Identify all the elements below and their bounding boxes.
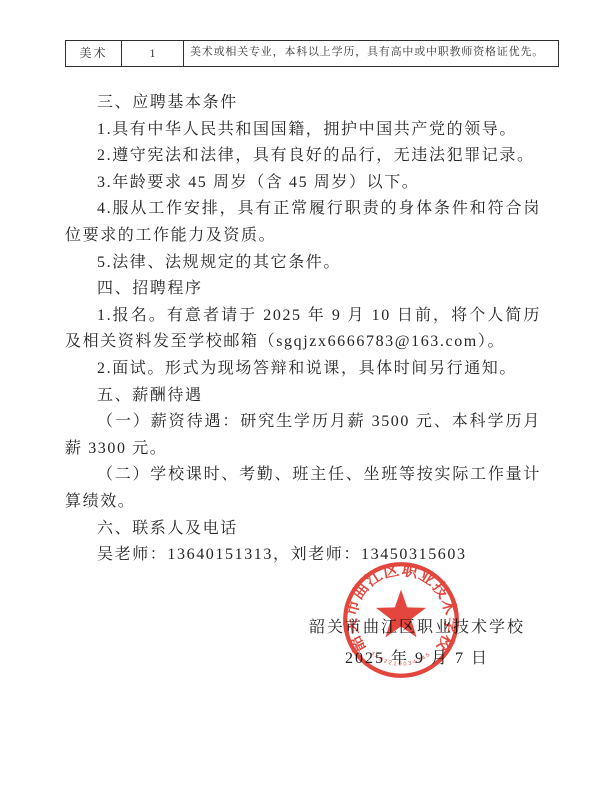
paragraph: （一）薪资待遇：研究生学历月薪 3500 元、本科学历月薪 3300 元。 [65,409,541,462]
subject-cell: 美术 [66,41,122,67]
paragraph: 1.报名。有意者请于 2025 年 9 月 10 日前，将个人简历及相关资料发至… [65,303,541,356]
paragraph: 5.法律、法规规定的其它条件。 [65,250,541,277]
count-cell: 1 [122,41,184,67]
closing-school-name: 韶关市曲江区职业技术学校 [309,612,525,643]
signature-block: 韶关市曲江区职业技术学校 2025 年 9 月 7 日 [309,612,525,674]
section-heading-recruitment-procedure: 四、招聘程序 [65,276,541,303]
document-page: 美术 1 美术或相关专业，本科以上学历，具有高中或中职教师资格证优先。 三、应聘… [0,0,591,810]
paragraph: 3.年龄要求 45 周岁（含 45 周岁）以下。 [65,170,541,197]
paragraph: 2.面试。形式为现场答辩和说课，具体时间另行通知。 [65,356,541,383]
position-table: 美术 1 美术或相关专业，本科以上学历，具有高中或中职教师资格证优先。 [65,40,559,67]
paragraph: 1.具有中华人民共和国国籍，拥护中国共产党的领导。 [65,117,541,144]
requirement-cell: 美术或相关专业，本科以上学历，具有高中或中职教师资格证优先。 [184,41,559,67]
section-heading-basic-conditions: 三、应聘基本条件 [65,90,541,117]
closing-date: 2025 年 9 月 7 日 [309,643,525,674]
section-heading-contacts: 六、联系人及电话 [65,516,541,543]
document-body: 三、应聘基本条件 1.具有中华人民共和国国籍，拥护中国共产党的领导。 2.遵守宪… [65,90,541,569]
section-heading-salary: 五、薪酬待遇 [65,383,541,410]
paragraph: （二）学校课时、考勤、班主任、坐班等按实际工作量计算绩效。 [65,462,541,515]
paragraph: 2.遵守宪法和法律，具有良好的品行，无违法犯罪记录。 [65,143,541,170]
table-row: 美术 1 美术或相关专业，本科以上学历，具有高中或中职教师资格证优先。 [66,41,559,67]
paragraph: 4.服从工作安排，具有正常履行职责的身体条件和符合岗位要求的工作能力及资质。 [65,196,541,249]
contact-phone-line: 吴老师：13640151313，刘老师：13450315603 [65,542,541,569]
